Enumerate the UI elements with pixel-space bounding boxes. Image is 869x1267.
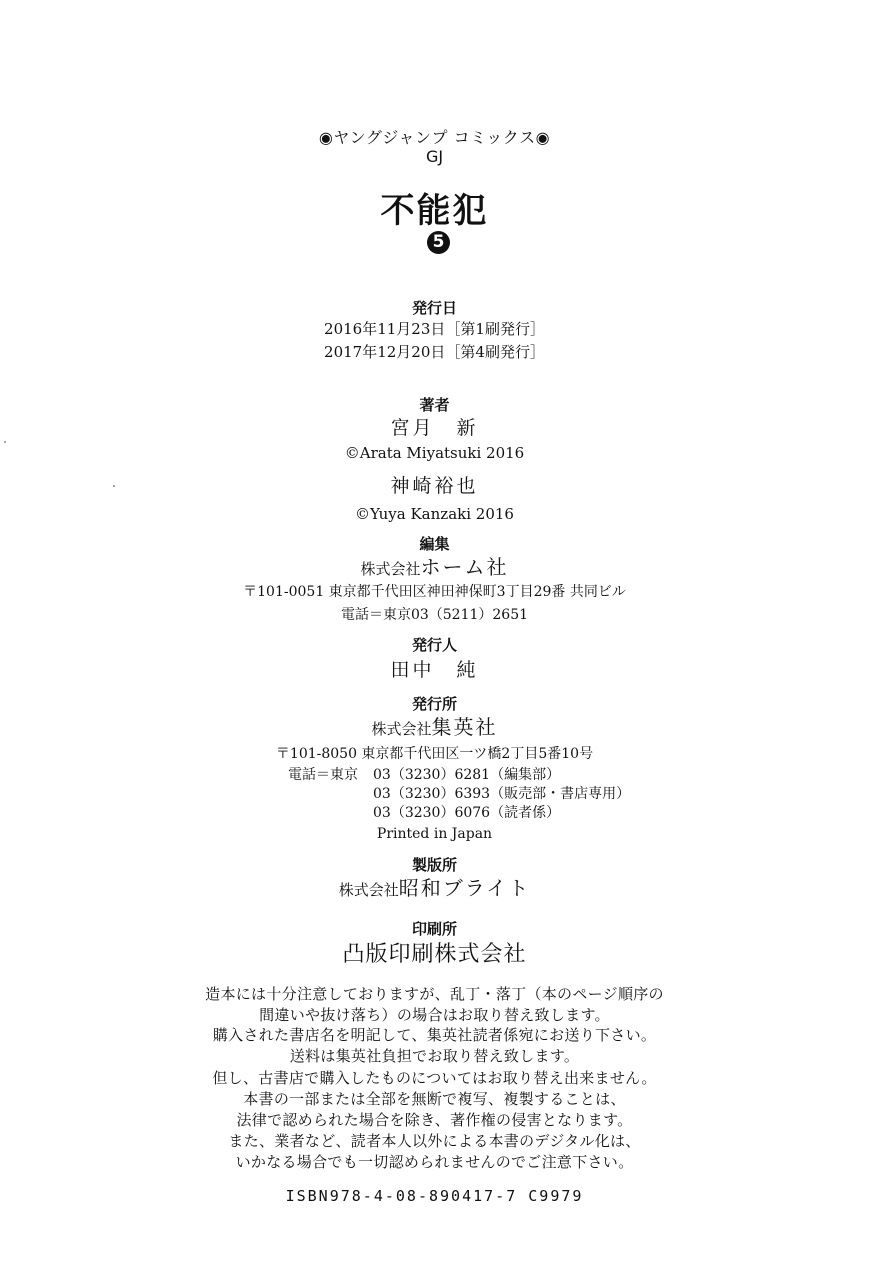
plate-maker-company-prefix: 株式会社 bbox=[339, 881, 399, 899]
volume-number-badge: 5 bbox=[427, 231, 450, 254]
publisher-phone-editorial: 03（3230）6281（編集部） bbox=[373, 768, 560, 782]
editing-phone: 電話＝東京03（5211）2651 bbox=[0, 608, 869, 622]
series-label: ◉ヤングジャンプ コミックス◉ bbox=[0, 130, 869, 146]
publisher-phone-reader: 03（3230）6076（読者係） bbox=[373, 806, 560, 820]
author-name-2: 神崎裕也 bbox=[0, 477, 869, 496]
notice-line-5: 但し、古書店で購入したものについてはお取り替え出来ません。 bbox=[0, 1071, 869, 1086]
plate-maker-company-name: 昭和ブライト bbox=[399, 876, 530, 900]
plate-maker-company: 株式会社昭和ブライト bbox=[0, 878, 869, 898]
notice-line-9: いかなる場合でも一切認められませんのでご注意下さい。 bbox=[0, 1155, 869, 1170]
publisher-company-prefix: 株式会社 bbox=[371, 720, 431, 738]
editing-company: 株式会社ホーム社 bbox=[0, 557, 869, 577]
author-heading: 著者 bbox=[0, 398, 869, 413]
scan-speck bbox=[113, 485, 115, 487]
colophon-page: ◉ヤングジャンプ コミックス◉ GJ 不能犯 5 発行日 2016年11月23日… bbox=[0, 0, 869, 1267]
book-title: 不能犯 bbox=[0, 194, 869, 228]
scan-speck bbox=[4, 441, 6, 443]
notice-line-8: また、業者など、読者本人以外による本書のデジタル化は、 bbox=[0, 1134, 869, 1149]
publisher-company-name: 集英社 bbox=[432, 715, 498, 739]
publisher-phone-sales: 03（3230）6393（販売部・書店専用） bbox=[373, 787, 630, 801]
isbn-code: ISBN978-4-08-890417-7 C9979 bbox=[0, 1189, 869, 1204]
publisher-person-heading: 発行人 bbox=[0, 638, 869, 653]
series-code: GJ bbox=[0, 149, 869, 165]
editing-company-name: ホーム社 bbox=[421, 555, 509, 579]
publisher-address: 〒101-8050 東京都千代田区一ツ橋2丁目5番10号 bbox=[0, 747, 869, 761]
publisher-person-name: 田中 純 bbox=[0, 661, 869, 680]
printed-in-japan: Printed in Japan bbox=[0, 827, 869, 841]
editing-heading: 編集 bbox=[0, 537, 869, 552]
notice-line-3: 購入された書店名を明記して、集英社読者係宛にお送り下さい。 bbox=[0, 1028, 869, 1043]
notice-line-4: 送料は集英社負担でお取り替え致します。 bbox=[0, 1049, 869, 1064]
printer-heading: 印刷所 bbox=[0, 922, 869, 937]
notice-line-2: 間違いや抜け落ち）の場合はお取り替え致します。 bbox=[0, 1008, 869, 1023]
author-copyright-1: ©Arata Miyatsuki 2016 bbox=[0, 446, 869, 461]
publisher-phone-label: 電話＝東京 bbox=[288, 768, 358, 782]
editing-company-prefix: 株式会社 bbox=[360, 560, 420, 578]
notice-line-7: 法律で認められた場合を除き、著作権の侵害となります。 bbox=[0, 1113, 869, 1128]
author-name-1: 宮月 新 bbox=[0, 419, 869, 438]
notice-line-6: 本書の一部または全部を無断で複写、複製することは、 bbox=[0, 1092, 869, 1107]
publisher-heading: 発行所 bbox=[0, 697, 869, 712]
notice-line-1: 造本には十分注意しておりますが、乱丁・落丁（本のページ順序の bbox=[0, 987, 869, 1002]
editing-address: 〒101-0051 東京都千代田区神田神保町3丁目29番 共同ビル bbox=[0, 585, 869, 599]
first-print-date: 2016年11月23日［第1刷発行］ bbox=[0, 322, 869, 337]
plate-maker-heading: 製版所 bbox=[0, 858, 869, 873]
publish-date-heading: 発行日 bbox=[0, 301, 869, 316]
printer-company: 凸版印刷株式会社 bbox=[0, 944, 869, 966]
fourth-print-date: 2017年12月20日［第4刷発行］ bbox=[0, 345, 869, 360]
author-copyright-2: ©Yuya Kanzaki 2016 bbox=[0, 507, 869, 522]
publisher-company: 株式会社集英社 bbox=[0, 717, 869, 737]
